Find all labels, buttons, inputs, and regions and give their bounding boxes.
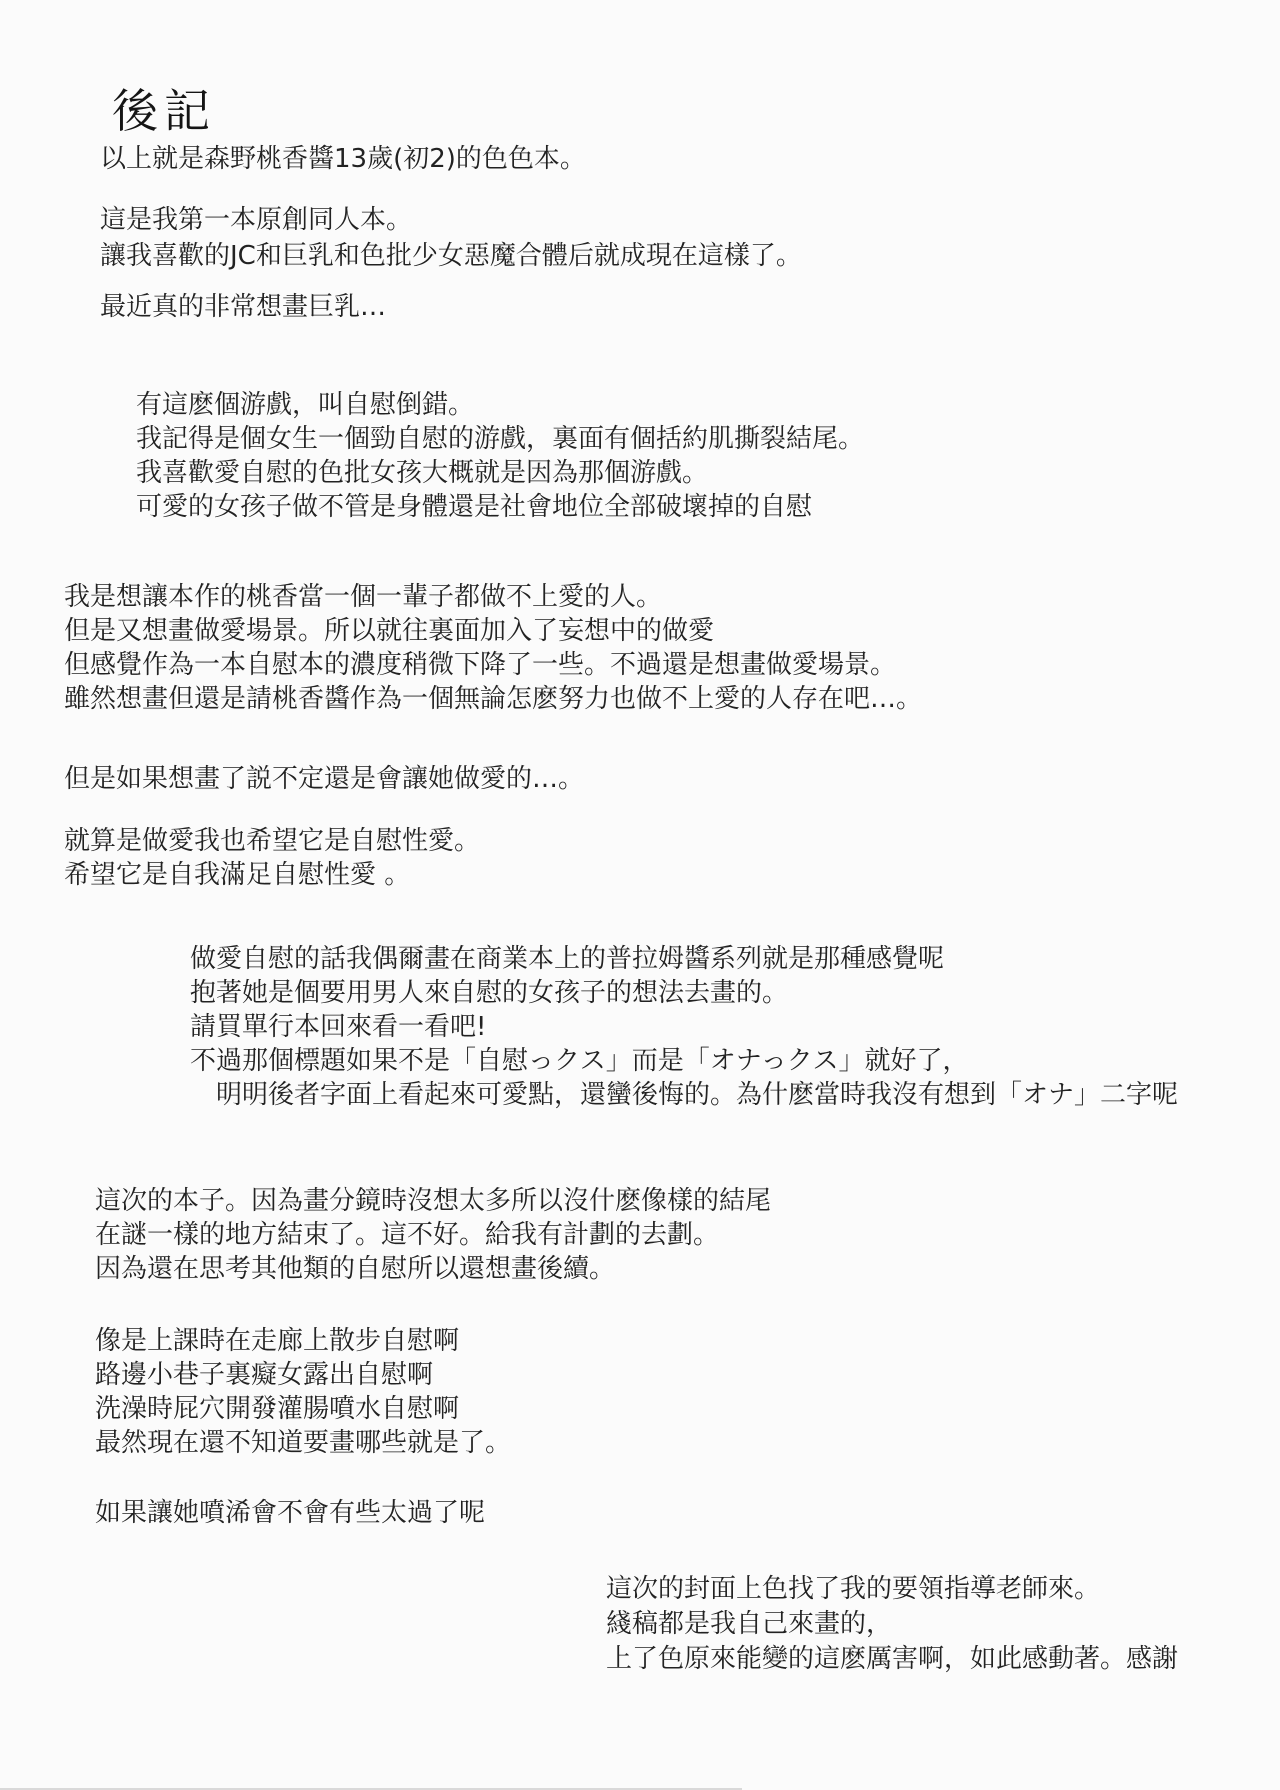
paragraph-intro: 以上就是森野桃香醬13歲(初2)的色色本。	[100, 142, 586, 176]
paragraph-momoka-plan: 我是想讓本作的桃香當一個一輩子都做不上愛的人。 但是又想畫做愛場景。所以就往裏面…	[64, 580, 922, 716]
afterword-line: 不過那個標題如果不是「自慰っクス」而是「オナっクス」就好了，	[190, 1044, 1178, 1078]
afterword-page: 後記 以上就是森野桃香醬13歲(初2)的色色本。 這是我第一本原創同人本。 讓我…	[0, 0, 1280, 1790]
afterword-line: 希望它是自我滿足自慰性愛 。	[64, 858, 480, 892]
afterword-line: 在謎一樣的地方結束了。這不好。給我有計劃的去劃。	[95, 1218, 771, 1252]
afterword-line: 讓我喜歡的JC和巨乳和色批少女惡魔合體后就成現在這樣了。	[100, 238, 802, 274]
afterword-line: 我記得是個女生一個勁自慰的游戲，裏面有個括約肌撕裂結尾。	[136, 422, 864, 456]
afterword-line: 明明後者字面上看起來可愛點，還蠻後悔的。為什麽當時我沒有想到「オナ」二字呢	[216, 1078, 1178, 1112]
afterword-line: 像是上課時在走廊上散步自慰啊	[95, 1324, 511, 1358]
afterword-line: 雖然想畫但還是請桃香醬作為一個無論怎麽努力也做不上愛的人存在吧…。	[64, 682, 922, 716]
afterword-line: 這次的封面上色找了我的要領指導老師來。	[606, 1572, 1178, 1607]
afterword-line: 最然現在還不知道要畫哪些就是了。	[95, 1426, 511, 1460]
paragraph-game: 有這麽個游戲，叫自慰倒錯。 我記得是個女生一個勁自慰的游戲，裏面有個括約肌撕裂結…	[136, 388, 864, 524]
afterword-line: 就算是做愛我也希望它是自慰性愛。	[64, 824, 480, 858]
afterword-line: 這是我第一本原創同人本。	[100, 202, 802, 238]
afterword-line: 洗澡時屁穴開發灌腸噴水自慰啊	[95, 1392, 511, 1426]
afterword-line: 我喜歡愛自慰的色批女孩大概就是因為那個游戲。	[136, 456, 864, 490]
afterword-line: 路邊小巷子裏癡女露出自慰啊	[95, 1358, 511, 1392]
afterword-line: 有這麽個游戲，叫自慰倒錯。	[136, 388, 864, 422]
page-title: 後記	[112, 75, 216, 141]
afterword-line: 我是想讓本作的桃香當一個一輩子都做不上愛的人。	[64, 580, 922, 614]
afterword-line: 因為還在思考其他類的自慰所以還想畫後續。	[95, 1252, 771, 1286]
paragraph-plum-series: 做愛自慰的話我偶爾畫在商業本上的普拉姆醬系列就是那種感覺呢 抱著她是個要用男人來…	[190, 942, 1178, 1112]
afterword-line: 但感覺作為一本自慰本的濃度稍微下降了一些。不過還是想畫做愛場景。	[64, 648, 922, 682]
paragraph-thanks: 這次的封面上色找了我的要領指導老師來。 綫稿都是我自己來畫的， 上了色原來能變的…	[606, 1572, 1178, 1677]
paragraph-first-book: 這是我第一本原創同人本。 讓我喜歡的JC和巨乳和色批少女惡魔合體后就成現在這樣了…	[100, 202, 802, 274]
afterword-line: 做愛自慰的話我偶爾畫在商業本上的普拉姆醬系列就是那種感覺呢	[190, 942, 1178, 976]
afterword-line: 可愛的女孩子做不管是身體還是社會地位全部破壞掉的自慰	[136, 490, 864, 524]
paragraph-sequel-ideas: 像是上課時在走廊上散步自慰啊 路邊小巷子裏癡女露出自慰啊 洗澡時屁穴開發灌腸噴水…	[95, 1324, 511, 1460]
afterword-line: 抱著她是個要用男人來自慰的女孩子的想法去畫的。	[190, 976, 1178, 1010]
afterword-line: 以上就是森野桃香醬13歲(初2)的色色本。	[100, 142, 586, 176]
afterword-line: 但是如果想畫了説不定還是會讓她做愛的…。	[64, 762, 584, 796]
paragraph-onasex-hope: 就算是做愛我也希望它是自慰性愛。 希望它是自我滿足自慰性愛 。	[64, 824, 480, 892]
afterword-line: 但是又想畫做愛場景。所以就往裏面加入了妄想中的做愛	[64, 614, 922, 648]
paragraph-this-book: 這次的本子。因為畫分鏡時沒想太多所以沒什麽像樣的結尾 在謎一樣的地方結束了。這不…	[95, 1184, 771, 1286]
afterword-line: 這次的本子。因為畫分鏡時沒想太多所以沒什麽像樣的結尾	[95, 1184, 771, 1218]
paragraph-oppai: 最近真的非常想畫巨乳…	[100, 290, 386, 324]
afterword-line: 最近真的非常想畫巨乳…	[100, 290, 386, 324]
afterword-line: 如果讓她噴浠會不會有些太過了呢	[95, 1496, 485, 1530]
afterword-line: 綫稿都是我自己來畫的，	[606, 1607, 1178, 1642]
afterword-line: 請買單行本回來看一看吧!	[190, 1010, 1178, 1044]
paragraph-squirt: 如果讓她噴浠會不會有些太過了呢	[95, 1496, 485, 1530]
paragraph-maybe: 但是如果想畫了説不定還是會讓她做愛的…。	[64, 762, 584, 796]
afterword-line: 上了色原來能變的這麽厲害啊，如此感動著。感謝	[606, 1642, 1178, 1677]
